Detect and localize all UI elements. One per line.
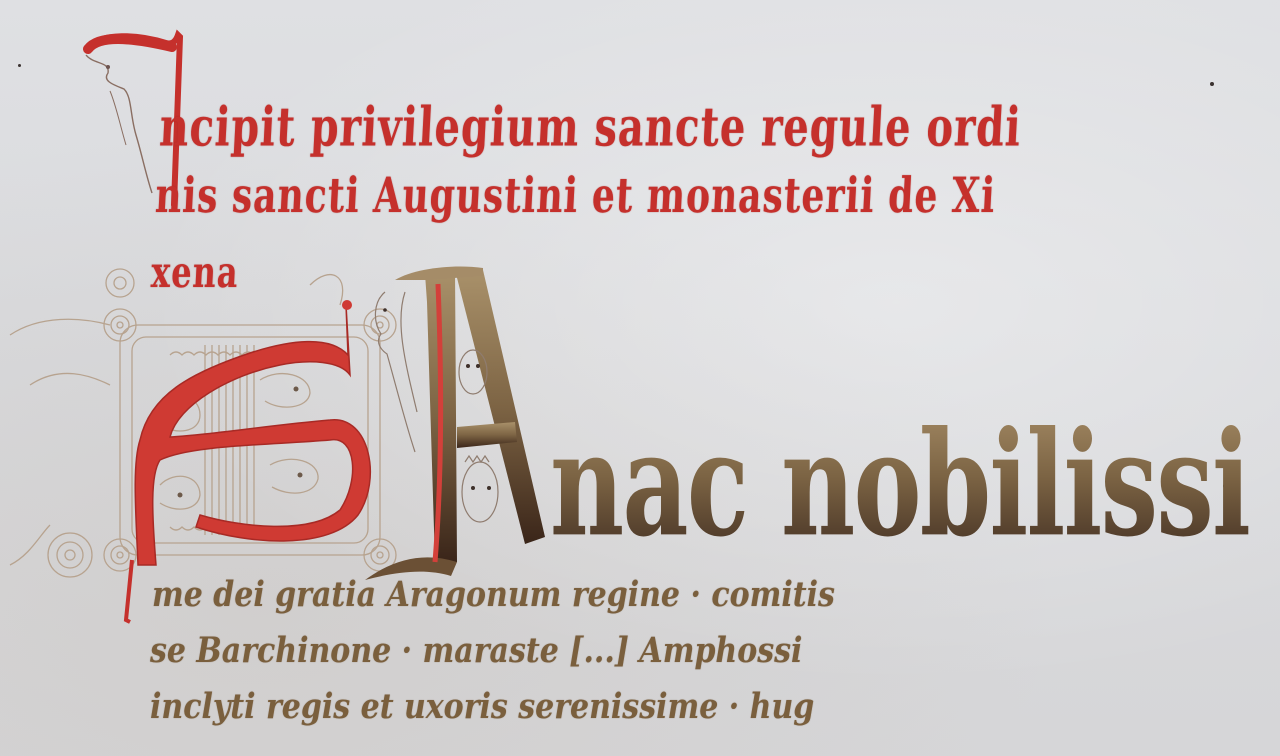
body-line-2: se Barchinone · maraste [...] Amphossi [150,631,802,671]
parchment-speck [18,64,21,67]
parchment-speck [1210,82,1214,86]
manuscript-page: ncipit privilegium sancte regule ordi ni… [0,0,1280,756]
body-line-1: me dei gratia Aragonum regine · comitis [152,575,835,615]
red-margin-stroke [122,560,142,640]
display-text: nac nobilissi [550,400,1249,569]
initial-s-decorated [10,265,410,595]
initial-a-decorated [365,262,565,592]
body-line-3: inclyti regis et uxoris serenissime · hu… [150,687,814,727]
rubric-line-1: ncipit privilegium sancte regule ordi [158,96,1023,159]
rubric-line-2: nis sancti Augustini et monasterii de Xi [154,167,997,224]
